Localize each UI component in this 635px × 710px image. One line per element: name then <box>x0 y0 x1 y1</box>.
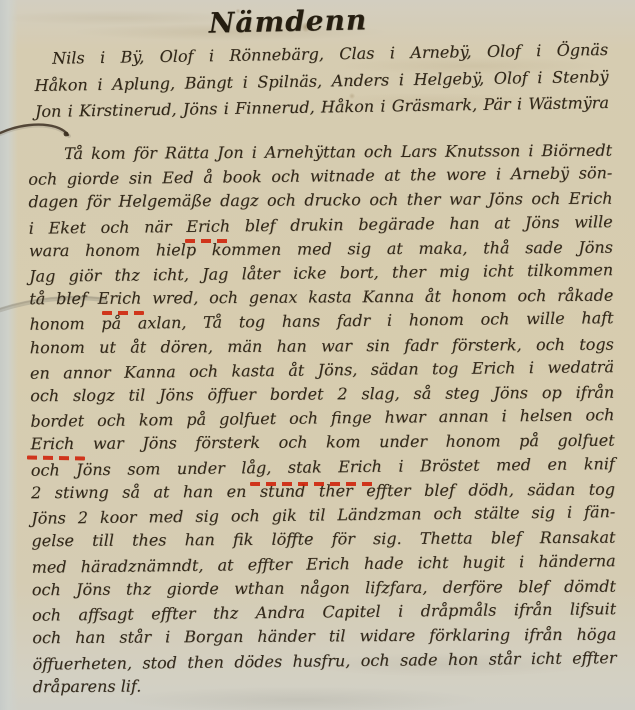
body-text-line: honom ut åt dören, män han war sin fadr … <box>30 335 614 358</box>
body-text-line: bordet och kom på golfuet och finge hwar… <box>30 405 614 431</box>
body-text-line: dråparens lif. <box>33 674 617 697</box>
paper-edge-strip <box>0 0 18 710</box>
court-record-text: Tå kom för Rätta Jon i Arnehÿttan och La… <box>28 140 617 705</box>
body-text-line: Erich war Jöns försterk och kom under ho… <box>31 431 615 454</box>
body-text-line: med häradznämndt, at effter Erich hade i… <box>32 551 616 577</box>
body-text-line: och Jöns thz giorde wthan någon lifzfara… <box>32 577 616 600</box>
body-text-line: öffuerheten, stod then dödes husfru, och… <box>32 648 616 674</box>
body-text-line: tå blef Erich wred, och genax kasta Kann… <box>29 286 613 309</box>
red-underline-mark <box>185 239 233 243</box>
body-text-line: Jag giör thz icht, Jag låter icke bort, … <box>29 260 613 286</box>
manuscript-page: Nämdenn Nils i Bÿ, Olof i Rönnebärg, Cla… <box>0 0 635 710</box>
body-text-line: wara honom hielp kommen med sig at maka,… <box>29 238 613 261</box>
body-text-line: och han står i Borgan händer til widare … <box>32 625 616 648</box>
body-text-line: och Jöns som under låg, stak Erich i Brö… <box>31 454 615 480</box>
body-text-line: en annor Kanna och kasta åt Jöns, sädan … <box>30 357 614 383</box>
red-underline-mark <box>250 482 378 486</box>
body-text-line: Tå kom för Rätta Jon i Arnehÿttan och La… <box>28 141 612 164</box>
jury-list: Nils i Bÿ, Olof i Rönnebärg, Clas i Arne… <box>34 40 609 129</box>
red-underline-mark <box>102 311 144 315</box>
body-text-line: och giorde sin Eed å book och witnade at… <box>28 163 612 189</box>
body-text-line: i Eket och när Erich blef drukin begärad… <box>29 212 613 238</box>
body-text-line: och affsagt effter thz Andra Capitel i d… <box>32 599 616 625</box>
body-text-line: dagen för Helgemäße dagz och drucko och … <box>28 189 612 212</box>
body-text-line: och slogz til Jöns öffuer bordet 2 slag,… <box>30 383 614 406</box>
body-text-line: gelse till thes han fik löffte för sig. … <box>31 528 615 551</box>
body-text-line: Jöns 2 koor med sig och gik til Ländzman… <box>31 502 615 528</box>
page-title: Nämdenn <box>198 3 379 40</box>
